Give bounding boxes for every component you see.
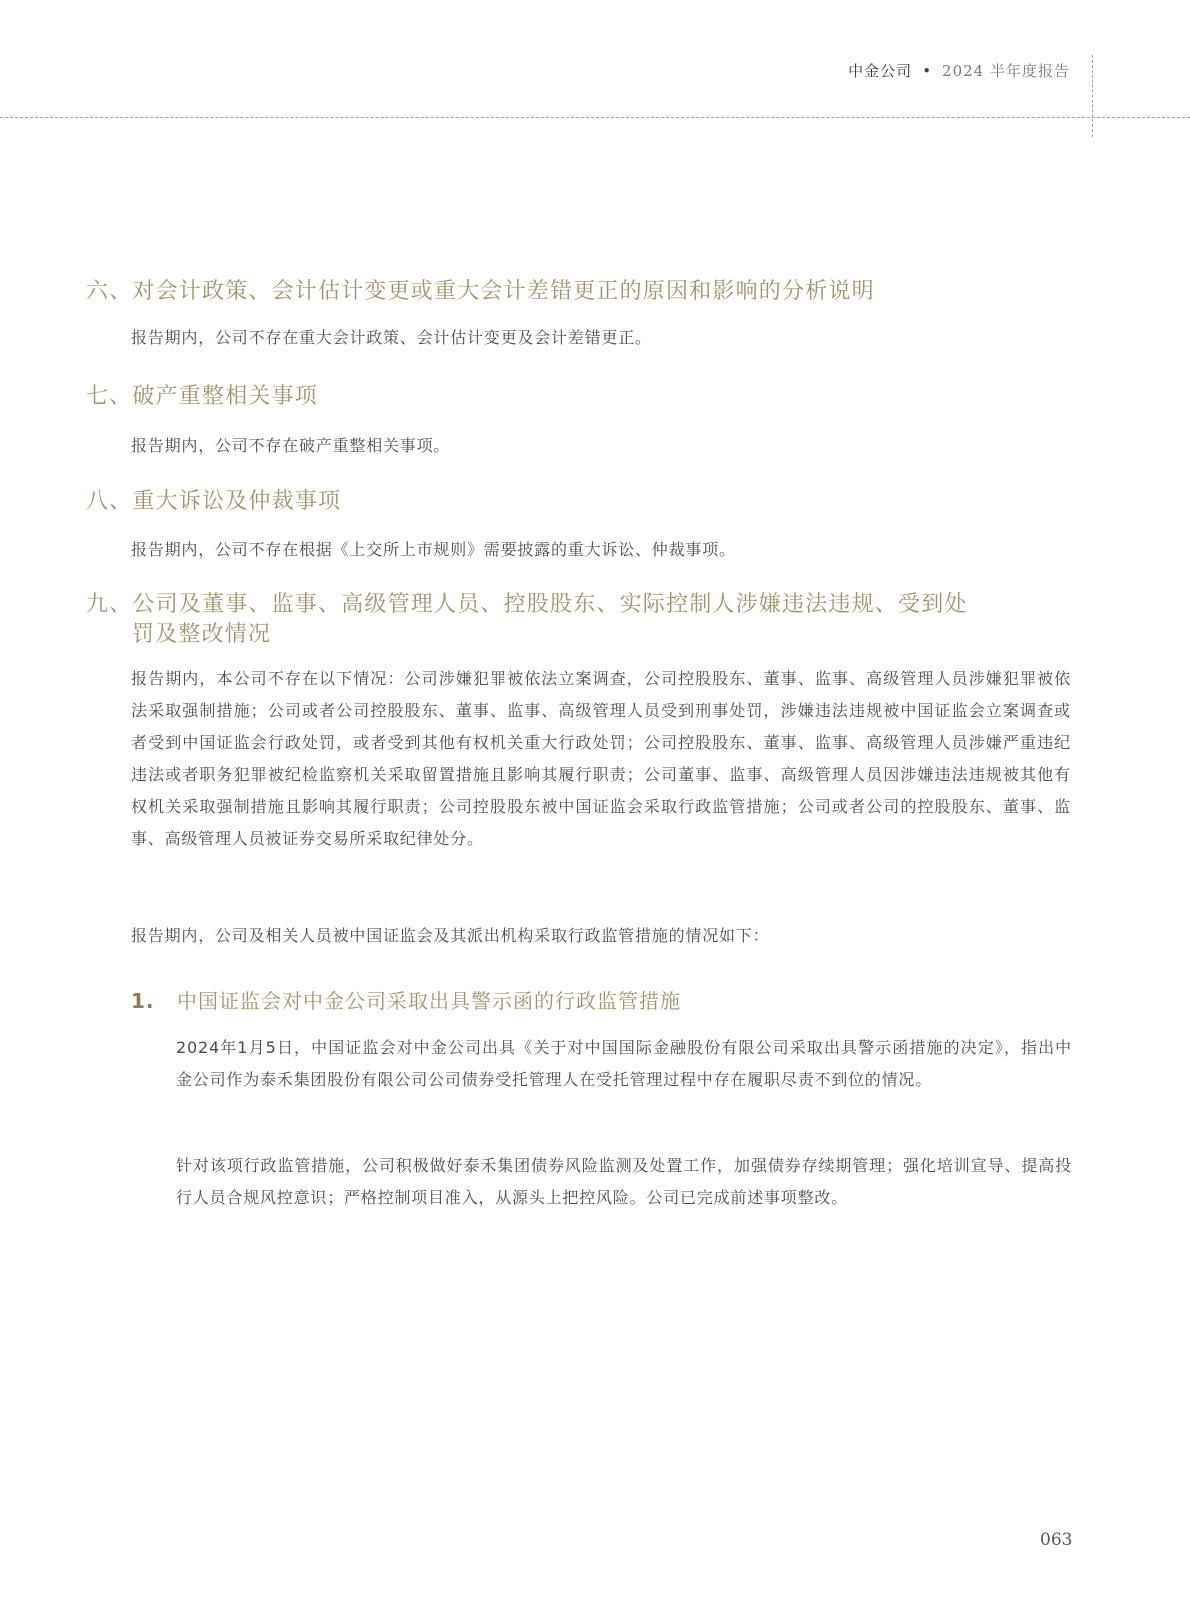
section-body-7: 报告期内，公司不存在破产重整相关事项。	[131, 430, 1071, 462]
section-title-line2: 罚及整改情况	[86, 620, 1076, 650]
header-dashed-rule	[0, 117, 1190, 118]
subsection-para-1: 2024年1月5日，中国证监会对中金公司出具《关于对中国国际金融股份有限公司采取…	[176, 1032, 1072, 1096]
section-heading-9: 九、公司及董事、监事、高级管理人员、控股股东、实际控制人涉嫌违法违规、受到处 罚…	[86, 590, 1076, 650]
header-company: 中金公司	[848, 62, 912, 80]
header-separator: •	[922, 62, 932, 80]
section-heading-8: 八、重大诉讼及仲裁事项	[86, 487, 341, 517]
section-number: 八、	[86, 487, 132, 517]
header-vertical-dashed-rule	[1092, 55, 1093, 137]
section-body-8: 报告期内，公司不存在根据《上交所上市规则》需要披露的重大诉讼、仲裁事项。	[131, 534, 1071, 566]
section-heading-6: 六、对会计政策、会计估计变更或重大会计差错更正的原因和影响的分析说明	[86, 277, 875, 307]
section-title: 破产重整相关事项	[132, 384, 318, 409]
page-number: 063	[1040, 1530, 1072, 1550]
section-body-6: 报告期内，公司不存在重大会计政策、会计估计变更及会计差错更正。	[131, 322, 1071, 354]
section-body-9-intro: 报告期内，公司及相关人员被中国证监会及其派出机构采取行政监管措施的情况如下：	[131, 920, 1071, 952]
section-body-9: 报告期内，本公司不存在以下情况：公司涉嫌犯罪被依法立案调查，公司控股股东、董事、…	[131, 663, 1071, 855]
section-number: 九、	[86, 590, 132, 620]
subsection-number: 1.	[131, 989, 177, 1013]
section-heading-7: 七、破产重整相关事项	[86, 382, 318, 412]
subsection-para-2: 针对该项行政监管措施，公司积极做好泰禾集团债券风险监测及处置工作，加强债券存续期…	[176, 1150, 1072, 1214]
section-title: 对会计政策、会计估计变更或重大会计差错更正的原因和影响的分析说明	[132, 279, 874, 304]
section-number: 六、	[86, 277, 132, 307]
section-number: 七、	[86, 382, 132, 412]
subsection-title: 中国证监会对中金公司采取出具警示函的行政监管措施	[177, 989, 681, 1013]
section-title-line1: 公司及董事、监事、高级管理人员、控股股东、实际控制人涉嫌违法违规、受到处	[132, 592, 967, 617]
section-title: 重大诉讼及仲裁事项	[132, 489, 341, 514]
running-header: 中金公司•2024 半年度报告	[848, 60, 1070, 81]
header-report-title: 2024 半年度报告	[942, 62, 1070, 80]
subsection-heading-1: 1.中国证监会对中金公司采取出具警示函的行政监管措施	[131, 985, 681, 1014]
